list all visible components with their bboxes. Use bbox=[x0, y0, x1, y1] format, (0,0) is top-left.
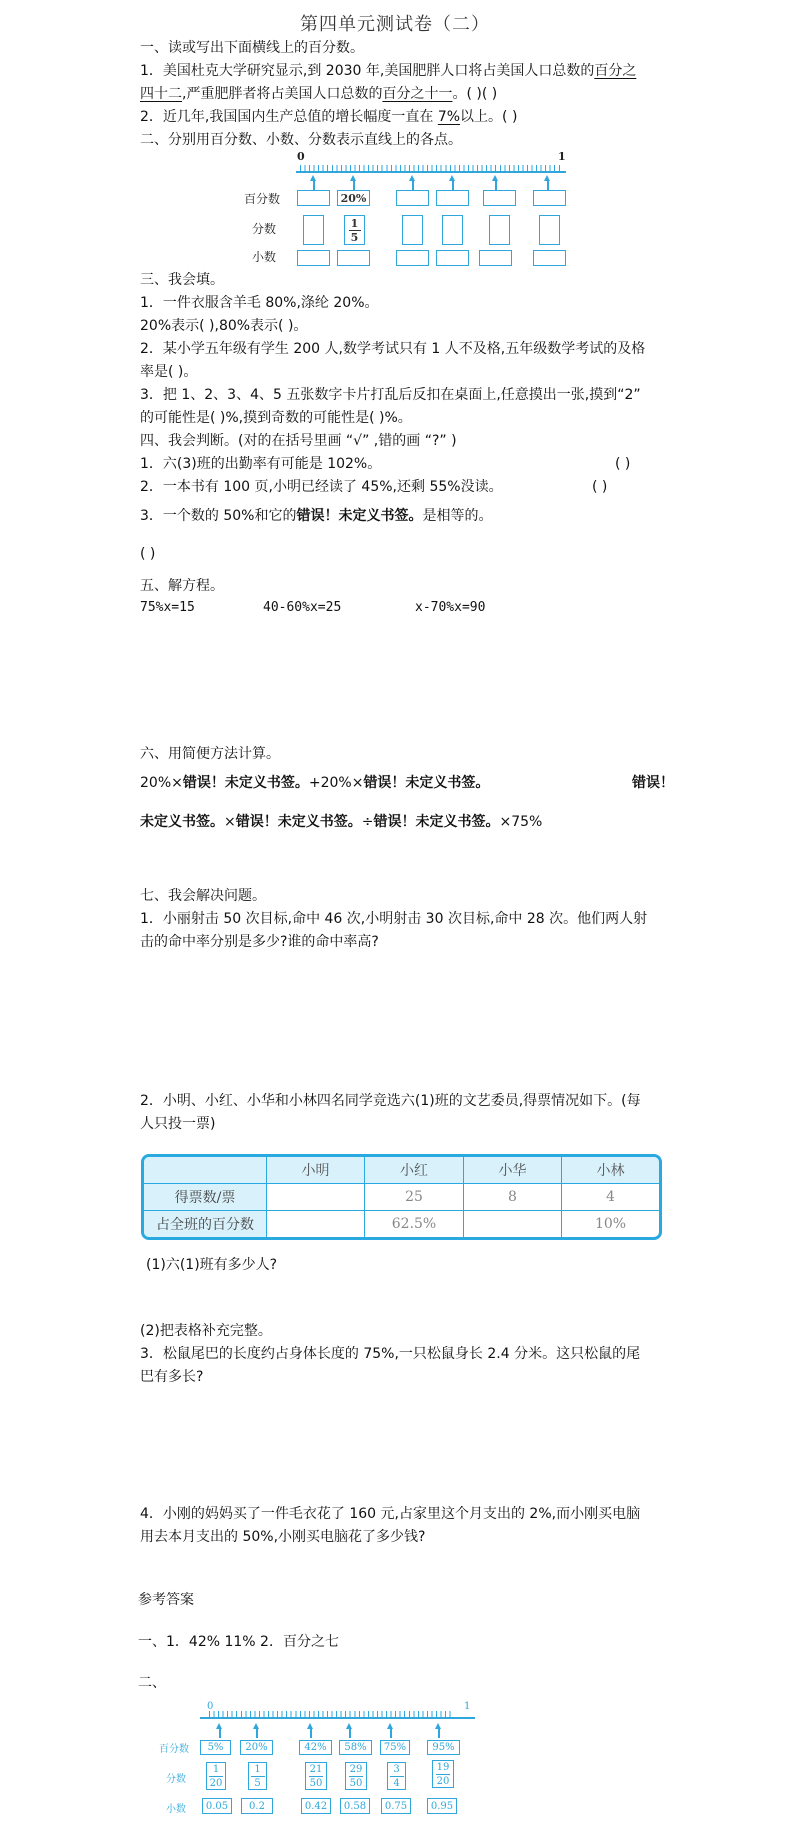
fraction-bar bbox=[251, 1776, 265, 1777]
table-row-label: 占全班的百分数 bbox=[144, 1211, 267, 1237]
numerator: 1 bbox=[351, 218, 359, 229]
numerator: 1 bbox=[254, 1764, 260, 1775]
point-arrow-icon bbox=[310, 1728, 312, 1738]
row-label-decimal: 小数 bbox=[166, 1800, 186, 1815]
denominator: 5 bbox=[254, 1778, 260, 1789]
page-title: 第四单元测试卷（二） bbox=[300, 10, 490, 36]
denominator: 4 bbox=[393, 1778, 399, 1789]
fraction-bar bbox=[390, 1776, 404, 1777]
s7-q4-line-2: 用去本月支出的 50%,小刚买电脑花了多少钱? bbox=[140, 1527, 425, 1547]
fraction-box[interactable] bbox=[539, 215, 560, 245]
point-arrow-icon bbox=[256, 1728, 258, 1738]
bookmark-error: 错误！未定义书签。 bbox=[363, 775, 489, 791]
table-cell: 25 bbox=[365, 1184, 464, 1211]
s1-q1-underline-1b: 四十二 bbox=[140, 86, 182, 102]
fraction-box: 2150 bbox=[305, 1762, 327, 1790]
point-arrow-icon bbox=[219, 1728, 221, 1738]
numerator: 19 bbox=[437, 1762, 450, 1773]
decimal-box: 0.58 bbox=[340, 1798, 370, 1814]
numerator: 29 bbox=[350, 1764, 363, 1775]
table-row-label: 得票数/票 bbox=[144, 1184, 267, 1211]
axis-start-label: 0 bbox=[297, 150, 305, 163]
percent-box[interactable] bbox=[533, 190, 566, 206]
section-6-heading: 六、用简便方法计算。 bbox=[140, 744, 280, 764]
fraction-bar bbox=[436, 1774, 450, 1775]
fraction-box: 2950 bbox=[345, 1762, 367, 1790]
equation-3: x-70%x=90 bbox=[415, 600, 485, 615]
s4-q1: 1．六(3)班的出勤率有可能是 102%。 bbox=[140, 454, 381, 474]
bookmark-error: 错误！未定义书签。 bbox=[236, 814, 362, 830]
decimal-box: 0.2 bbox=[241, 1798, 273, 1814]
table-header-cell bbox=[144, 1157, 267, 1184]
percent-box[interactable]: 20% bbox=[337, 190, 370, 206]
section-3-heading: 三、我会填。 bbox=[140, 270, 224, 290]
expr-text: × bbox=[224, 814, 236, 830]
bookmark-error: 错误！未定义书签。 bbox=[296, 508, 422, 524]
percent-box[interactable] bbox=[297, 190, 330, 206]
fraction-box: 1920 bbox=[432, 1760, 454, 1788]
s7-q2-sub-2: (2)把表格补充完整。 bbox=[140, 1321, 272, 1341]
s3-q1-line-2: 20%表示( ),80%表示( )。 bbox=[140, 316, 307, 336]
s6-expression-line-1: 20%×错误！未定义书签。+20%×错误！未定义书签。 bbox=[140, 773, 489, 793]
decimal-box: 0.75 bbox=[381, 1798, 411, 1814]
row-label-decimal: 小数 bbox=[252, 248, 276, 265]
s6-expression-line-2: 未定义书签。×错误！未定义书签。÷错误！未定义书签。×75% bbox=[140, 812, 542, 832]
table-cell[interactable] bbox=[267, 1211, 365, 1237]
denominator: 5 bbox=[351, 232, 359, 243]
axis-line bbox=[200, 1717, 475, 1719]
s7-q2-line-1: 2．小明、小红、小华和小林四名同学竞选六(1)班的文艺委员,得票情况如下。(每 bbox=[140, 1091, 641, 1111]
fraction-box: 15 bbox=[248, 1762, 267, 1790]
s7-q4-line-1: 4．小刚的妈妈买了一件毛衣花了 160 元,占家里这个月支出的 2%,而小刚买电… bbox=[140, 1504, 640, 1524]
point-arrow-icon bbox=[495, 180, 497, 190]
s1-question-2: 2．近几年,我国国内生产总值的增长幅度一直在 7%以上。( ) bbox=[140, 107, 517, 127]
s7-q2-sub-1: (1)六(1)班有多少人? bbox=[146, 1255, 277, 1275]
s1-q1-underline-1a: 百分之 bbox=[594, 63, 636, 79]
fraction-box: 120 bbox=[206, 1762, 226, 1790]
denominator: 20 bbox=[437, 1776, 450, 1787]
decimal-box[interactable] bbox=[436, 250, 469, 266]
fraction-value: 120 bbox=[209, 1764, 223, 1789]
s1-q2-text-a: 2．近几年,我国国内生产总值的增长幅度一直在 bbox=[140, 109, 438, 125]
numerator: 1 bbox=[213, 1764, 219, 1775]
denominator: 50 bbox=[310, 1778, 323, 1789]
s4-q3-text-a: 3．一个数的 50%和它的 bbox=[140, 508, 296, 524]
s4-q3: 3．一个数的 50%和它的错误！未定义书签。是相等的。 bbox=[140, 506, 492, 526]
table-cell: 62.5% bbox=[365, 1211, 464, 1237]
decimal-box[interactable] bbox=[337, 250, 370, 266]
table-cell[interactable] bbox=[267, 1184, 365, 1211]
s1-question-1-line-2: 四十二,严重肥胖者将占美国人口总数的百分之十一。( )( ) bbox=[140, 84, 497, 104]
percent-box[interactable] bbox=[483, 190, 516, 206]
decimal-box: 0.95 bbox=[427, 1798, 457, 1814]
numerator: 3 bbox=[393, 1764, 399, 1775]
point-arrow-icon bbox=[452, 180, 454, 190]
percent-box[interactable] bbox=[436, 190, 469, 206]
row-label-fraction: 分数 bbox=[166, 1770, 186, 1785]
fraction-value: 2950 bbox=[349, 1764, 363, 1789]
percent-box: 95% bbox=[427, 1740, 460, 1755]
section-7-heading: 七、我会解决问题。 bbox=[140, 886, 266, 906]
section-5-heading: 五、解方程。 bbox=[140, 576, 224, 596]
row-label-percent: 百分数 bbox=[159, 1740, 189, 1755]
s4-q3-text-b: 是相等的。 bbox=[422, 508, 492, 524]
decimal-box[interactable] bbox=[297, 250, 330, 266]
bookmark-error: 错误！未定义书签。 bbox=[183, 775, 309, 791]
fraction-bar bbox=[209, 1776, 223, 1777]
table-header-cell: 小明 bbox=[267, 1157, 365, 1184]
s4-q3-answer-paren[interactable]: ( ) bbox=[140, 544, 155, 564]
answers-heading: 参考答案 bbox=[138, 1590, 194, 1610]
bookmark-error: 错误！ bbox=[632, 773, 674, 793]
fraction-box[interactable] bbox=[303, 215, 324, 245]
point-arrow-icon bbox=[349, 1728, 351, 1738]
vote-table: 小明 小红 小华 小林 得票数/票 25 8 4 占全班的百分数 62.5% 1… bbox=[141, 1154, 662, 1240]
row-label-percent: 百分数 bbox=[244, 190, 280, 207]
fraction-value: 1920 bbox=[436, 1762, 450, 1787]
axis-end-label: 1 bbox=[464, 1701, 470, 1712]
s7-q1-line-2: 击的命中率分别是多少?谁的命中率高? bbox=[140, 932, 379, 952]
s1-q1-text-a: 1．美国杜克大学研究显示,到 2030 年,美国肥胖人口将占美国人口总数的 bbox=[140, 63, 594, 79]
answer-section-1: 一、1．42% 11% 2．百分之七 bbox=[138, 1632, 339, 1652]
percent-box: 5% bbox=[200, 1740, 231, 1755]
s7-q2-line-2: 人只投一票) bbox=[140, 1114, 215, 1134]
expr-text: ÷ bbox=[362, 814, 374, 830]
axis-line bbox=[296, 171, 566, 173]
s3-q3-line-1: 3．把 1、2、3、4、5 五张数字卡片打乱后反扣在桌面上,任意摸出一张,摸到“… bbox=[140, 385, 641, 405]
s7-q3-line-2: 巴有多长? bbox=[140, 1367, 203, 1387]
section-4-heading: 四、我会判断。(对的在括号里画 “√” ,错的画 “?” ) bbox=[140, 431, 457, 451]
fraction-value: 2150 bbox=[309, 1764, 323, 1789]
denominator: 50 bbox=[350, 1778, 363, 1789]
table-header-cell: 小华 bbox=[464, 1157, 562, 1184]
s1-question-1-line-1: 1．美国杜克大学研究显示,到 2030 年,美国肥胖人口将占美国人口总数的百分之 bbox=[140, 61, 636, 81]
section-1-heading: 一、读或写出下面横线上的百分数。 bbox=[140, 38, 364, 58]
point-arrow-icon bbox=[353, 180, 355, 190]
section-2-heading: 二、分别用百分数、小数、分数表示直线上的各点。 bbox=[140, 130, 462, 150]
s1-q1-underline-2: 百分之十一 bbox=[382, 86, 452, 102]
fraction-value: 15 bbox=[251, 1764, 265, 1789]
s3-q1-line-1: 1．一件衣服含羊毛 80%,涤纶 20%。 bbox=[140, 293, 379, 313]
point-arrow-icon bbox=[438, 1728, 440, 1738]
s7-q1-line-1: 1．小丽射击 50 次目标,命中 46 次,小明射击 30 次目标,命中 28 … bbox=[140, 909, 647, 929]
fraction-box[interactable] bbox=[489, 215, 510, 245]
s3-q2-line-1: 2．某小学五年级有学生 200 人,数学考试只有 1 人不及格,五年级数学考试的… bbox=[140, 339, 645, 359]
s1-q1-text-c: 。( )( ) bbox=[452, 86, 497, 102]
point-arrow-icon bbox=[313, 180, 315, 190]
decimal-box[interactable] bbox=[479, 250, 512, 266]
equation-1: 75%x=15 bbox=[140, 600, 195, 615]
percent-box: 20% bbox=[240, 1740, 273, 1755]
expr-text: +20%× bbox=[309, 775, 364, 791]
s1-q2-text-b: 以上。( ) bbox=[460, 109, 517, 125]
percent-box[interactable] bbox=[396, 190, 429, 206]
s3-q3-line-2: 的可能性是( )%,摸到奇数的可能性是( )%。 bbox=[140, 408, 412, 428]
decimal-box: 0.05 bbox=[202, 1798, 232, 1814]
fraction-box[interactable] bbox=[402, 215, 423, 245]
fraction-box[interactable]: 1 5 bbox=[344, 215, 365, 245]
table-header-cell: 小红 bbox=[365, 1157, 464, 1184]
numerator: 21 bbox=[310, 1764, 323, 1775]
fraction-bar bbox=[309, 1776, 323, 1777]
bookmark-error: 未定义书签。 bbox=[140, 814, 224, 830]
table-header-row: 小明 小红 小华 小林 bbox=[144, 1157, 659, 1184]
row-label-fraction: 分数 bbox=[252, 220, 276, 237]
fraction-value: 34 bbox=[390, 1764, 404, 1789]
fraction-bar bbox=[349, 1776, 363, 1777]
s4-q1-answer-paren[interactable]: ( ) bbox=[615, 454, 630, 474]
table-cell: 10% bbox=[562, 1211, 659, 1237]
s7-q3-line-1: 3．松鼠尾巴的长度约占身体长度的 75%,一只松鼠身长 2.4 分米。这只松鼠的… bbox=[140, 1344, 640, 1364]
s1-q2-underline: 7% bbox=[438, 109, 460, 125]
table-header-cell: 小林 bbox=[562, 1157, 659, 1184]
bookmark-error: 错误！未定义书签。 bbox=[373, 814, 499, 830]
denominator: 20 bbox=[210, 1778, 223, 1789]
point-arrow-icon bbox=[412, 180, 414, 190]
point-arrow-icon bbox=[390, 1728, 392, 1738]
decimal-box[interactable] bbox=[396, 250, 429, 266]
fraction-value: 1 5 bbox=[349, 218, 361, 243]
decimal-box[interactable] bbox=[533, 250, 566, 266]
s4-q2: 2．一本书有 100 页,小明已经读了 45%,还剩 55%没读。 bbox=[140, 477, 503, 497]
s3-q2-line-2: 率是( )。 bbox=[140, 362, 197, 382]
answer-section-2-label: 二、 bbox=[138, 1673, 166, 1693]
percent-box: 58% bbox=[339, 1740, 372, 1755]
table-row: 占全班的百分数 62.5% 10% bbox=[144, 1211, 659, 1237]
expr-text: ×75% bbox=[499, 814, 542, 830]
decimal-box: 0.42 bbox=[301, 1798, 331, 1814]
equation-2: 40-60%x=25 bbox=[263, 600, 341, 615]
s4-q2-answer-paren[interactable]: ( ) bbox=[592, 477, 607, 497]
s1-q1-text-b: ,严重肥胖者将占美国人口总数的 bbox=[182, 86, 382, 102]
fraction-box[interactable] bbox=[442, 215, 463, 245]
percent-box: 42% bbox=[299, 1740, 332, 1755]
table-row: 得票数/票 25 8 4 bbox=[144, 1184, 659, 1211]
point-arrow-icon bbox=[547, 180, 549, 190]
table-cell[interactable] bbox=[464, 1211, 562, 1237]
expr-text: 20%× bbox=[140, 775, 183, 791]
percent-box: 75% bbox=[380, 1740, 410, 1755]
table-cell: 4 bbox=[562, 1184, 659, 1211]
table-cell: 8 bbox=[464, 1184, 562, 1211]
axis-end-label: 1 bbox=[558, 150, 566, 163]
fraction-box: 34 bbox=[387, 1762, 406, 1790]
